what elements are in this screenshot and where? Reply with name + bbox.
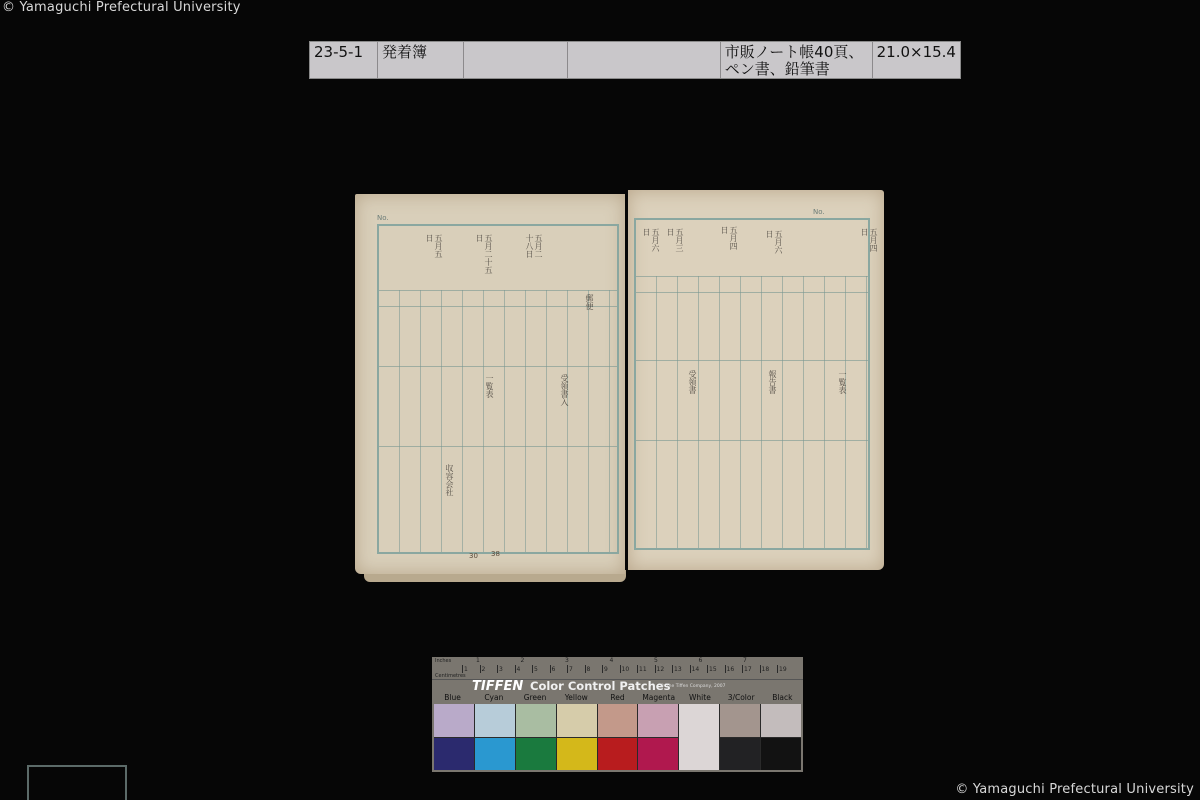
ruler: Inches Centimetres 123456789101112131415…	[432, 657, 803, 680]
ruler-tick	[602, 665, 603, 673]
row-line	[379, 366, 617, 367]
catalog-material: 市販ノート帳40頁、ペン書、鉛筆書	[721, 42, 873, 78]
ruler-tick	[532, 665, 533, 673]
handwriting: 五月六日	[765, 230, 783, 260]
patch-label: 3/Color	[721, 693, 762, 702]
ruler-tick	[515, 665, 516, 673]
ruler-tick	[480, 665, 481, 673]
ruler-cm-number: 3	[499, 666, 503, 673]
ruler-tick	[760, 665, 761, 673]
handwriting: 五月六日	[642, 228, 660, 258]
ruler-inch-number: 2	[521, 657, 525, 664]
color-patch-cyan-dark	[475, 738, 515, 771]
color-patch-red-light	[598, 704, 638, 737]
ruler-cm-number: 14	[692, 666, 700, 673]
color-patch-magenta-dark	[638, 738, 678, 771]
handwriting: 五月四日	[860, 228, 878, 258]
ruler-cm-number: 2	[482, 666, 486, 673]
ruler-inch-number: 3	[565, 657, 569, 664]
patch-label: Cyan	[473, 693, 514, 702]
ruler-tick	[690, 665, 691, 673]
ruler-cm-number: 13	[674, 666, 682, 673]
handwriting: 郵便	[585, 294, 594, 324]
handwriting: 五月四日	[720, 226, 738, 256]
color-patch-red-dark	[598, 738, 638, 771]
ruler-tick	[725, 665, 726, 673]
color-patch-cyan-light	[475, 704, 515, 737]
patch-label: Blue	[432, 693, 473, 702]
color-patch-black-light	[761, 704, 801, 737]
catalog-id: 23-5-1	[310, 42, 378, 78]
handwriting: 報告書	[768, 370, 777, 430]
handwriting: 一覧表	[485, 374, 494, 444]
handwriting: 五月五日	[425, 234, 443, 264]
color-patch-blue-dark	[434, 738, 474, 771]
ruler-cm-number: 8	[587, 666, 591, 673]
ruler-cm-number: 10	[622, 666, 630, 673]
chart-title: Color Control Patches	[530, 679, 670, 693]
ruler-inches-label: Inches	[435, 658, 451, 664]
color-patch-3-color-dark	[720, 738, 760, 771]
ruler-inch-number: 6	[699, 657, 703, 664]
page-mark: 30	[469, 552, 478, 560]
row-line	[636, 276, 868, 277]
ruler-tick	[655, 665, 656, 673]
color-patch-yellow-light	[557, 704, 597, 737]
patch-label: White	[679, 693, 720, 702]
color-patch-magenta-light	[638, 704, 678, 737]
ledger-grid	[634, 218, 870, 550]
ruler-cm-number: 6	[552, 666, 556, 673]
ruler-tick	[462, 665, 463, 673]
color-patch-yellow-dark	[557, 738, 597, 771]
chart-copyright: © The Tiffen Company, 2007	[660, 684, 725, 689]
page-no-label: No.	[377, 214, 389, 222]
ruler-cm-label: Centimetres	[435, 673, 466, 679]
ruler-cm-number: 4	[517, 666, 521, 673]
ruler-cm-number: 18	[762, 666, 770, 673]
ruler-cm-number: 5	[534, 666, 538, 673]
ruler-tick	[620, 665, 621, 673]
ruler-inch-number: 1	[476, 657, 480, 664]
color-patch-black-dark	[761, 738, 801, 771]
handwriting: 収容会社	[445, 464, 454, 504]
ruler-inch-number: 7	[743, 657, 747, 664]
ruler-tick	[585, 665, 586, 673]
color-control-chart: Inches Centimetres 123456789101112131415…	[432, 657, 803, 772]
row-line	[636, 292, 868, 293]
patch-label: Yellow	[556, 693, 597, 702]
ruler-tick	[497, 665, 498, 673]
color-patch-white	[679, 704, 719, 770]
ruler-cm-number: 9	[604, 666, 608, 673]
row-line	[379, 446, 617, 447]
tiffen-logo: TIFFEN	[472, 679, 523, 694]
patch-label: Magenta	[638, 693, 679, 702]
ruler-inch-number: 4	[610, 657, 614, 664]
ruler-tick	[637, 665, 638, 673]
page-no-label: No.	[813, 208, 825, 216]
ruler-tick	[707, 665, 708, 673]
handwriting: 五月二十八日	[525, 234, 543, 264]
patch-label: Black	[762, 693, 803, 702]
handwriting: 五月二十五日	[475, 234, 493, 274]
ledger-grid	[377, 224, 619, 554]
patch-labels: Blue Cyan Green Yellow Red Magenta White…	[432, 693, 803, 702]
ruler-cm-number: 11	[639, 666, 647, 673]
right-page: No. 五月六日 五月三日 五月四日 五月六日 五月四日 受領書 報告書 一覧表	[628, 190, 884, 570]
ruler-cm-number: 1	[464, 666, 468, 673]
ruler-tick	[567, 665, 568, 673]
ruler-cm-number: 19	[779, 666, 787, 673]
handwriting: 受領書	[688, 370, 697, 420]
ruler-tick	[777, 665, 778, 673]
ruler-cm-number: 7	[569, 666, 573, 673]
row-line	[636, 360, 868, 361]
patch-label: Green	[514, 693, 555, 702]
ruler-cm-number: 17	[744, 666, 752, 673]
ruler-tick	[742, 665, 743, 673]
column-lines	[379, 290, 617, 552]
page-mark: 38	[491, 550, 500, 558]
row-line	[636, 440, 868, 441]
row-line	[379, 306, 617, 307]
row-line	[379, 290, 617, 291]
color-patches	[434, 704, 801, 770]
catalog-title: 発着簿	[378, 42, 464, 78]
color-patch-blue-light	[434, 704, 474, 737]
left-page: No. 五月五日 五月二十五日 五月二十八日 郵便 受領書入 一覧表 収容会社 …	[355, 194, 625, 574]
patch-label: Red	[597, 693, 638, 702]
color-patch-3-color-light	[720, 704, 760, 737]
ruler-cm-number: 12	[657, 666, 665, 673]
catalog-size: 21.0×15.4	[873, 42, 960, 78]
ruler-cm-number: 15	[709, 666, 717, 673]
handwriting: 五月三日	[666, 228, 684, 258]
handwriting: 受領書入	[560, 374, 569, 434]
notebook-photo: No. 五月五日 五月二十五日 五月二十八日 郵便 受領書入 一覧表 収容会社 …	[352, 190, 887, 585]
copyright-bottom: © Yamaguchi Prefectural University	[955, 782, 1194, 797]
catalog-label: 23-5-1 発着簿 市販ノート帳40頁、ペン書、鉛筆書 21.0×15.4	[309, 41, 961, 79]
ruler-cm-number: 16	[727, 666, 735, 673]
copyright-top: © Yamaguchi Prefectural University	[2, 0, 241, 15]
ruler-tick	[550, 665, 551, 673]
color-patch-green-dark	[516, 738, 556, 771]
ruler-inch-number: 5	[654, 657, 658, 664]
handwriting: 一覧表	[838, 370, 847, 430]
glass-plate-edge	[27, 765, 127, 800]
catalog-col4	[568, 42, 721, 78]
color-patch-green-light	[516, 704, 556, 737]
column-lines	[636, 276, 868, 548]
ruler-tick	[672, 665, 673, 673]
catalog-col3	[464, 42, 568, 78]
